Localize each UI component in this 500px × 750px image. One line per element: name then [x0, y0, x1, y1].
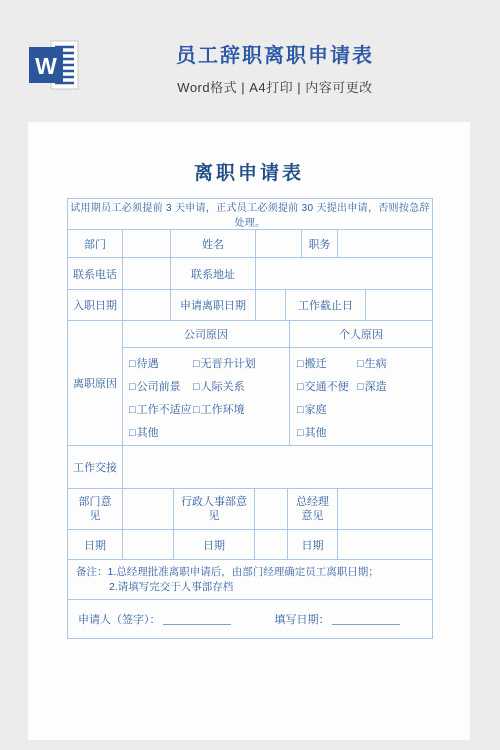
- position-input-cell[interactable]: [337, 230, 432, 257]
- reason-checkbox-label: 人际关系: [201, 381, 245, 393]
- reason-checkbox-item[interactable]: □公司前景: [129, 376, 193, 399]
- personal-reason-cell: □搬迁□交通不便□家庭□其他 □生病□深造: [289, 348, 432, 445]
- fill-date-line[interactable]: [332, 613, 400, 625]
- work-end-date-input-cell[interactable]: [365, 290, 432, 320]
- address-label: 联系地址: [170, 258, 255, 289]
- gm-opinion-input-cell[interactable]: [337, 489, 432, 529]
- word-logo-icon: W: [29, 38, 81, 92]
- reason-checkbox-label: 搬迁: [305, 358, 327, 370]
- handover-label: 工作交接: [68, 446, 122, 488]
- name-input-cell[interactable]: [255, 230, 301, 257]
- checkbox-icon: □: [129, 404, 136, 416]
- reason-checkbox-label: 其他: [305, 427, 327, 439]
- reason-label: 离职原因: [68, 321, 122, 445]
- position-label: 职务: [301, 230, 337, 257]
- reason-checkbox-item[interactable]: □待遇: [129, 353, 193, 376]
- gm-date-input-cell[interactable]: [337, 530, 432, 559]
- checkbox-icon: □: [357, 358, 364, 370]
- document-sheet: 离职申请表 试用期员工必须提前 3 天申请，正式员工必须提前 30 天提出申请，…: [28, 122, 470, 740]
- reason-checkbox-label: 家庭: [305, 404, 327, 416]
- work-end-date-label: 工作截止日: [285, 290, 365, 320]
- table-row: 入职日期 申请离职日期 工作截止日: [68, 289, 432, 320]
- checkbox-icon: □: [297, 381, 304, 393]
- remark-line2: 2.请填写完交于人事部存档: [76, 580, 424, 595]
- table-row: 工作交接: [68, 445, 432, 488]
- reason-checkbox-label: 工作环境: [201, 404, 245, 416]
- checkbox-icon: □: [129, 427, 136, 439]
- signature-row: 申请人（签字）： 填写日期：: [68, 599, 432, 638]
- checkbox-icon: □: [297, 358, 304, 370]
- checkbox-icon: □: [193, 358, 200, 370]
- form-title: 离职申请表: [28, 122, 470, 185]
- hr-opinion-label: 行政人事部意见: [173, 489, 254, 529]
- page-subtitle: Word格式 | A4打印 | 内容可更改: [80, 77, 470, 96]
- phone-input-cell[interactable]: [122, 258, 170, 289]
- reason-section: 离职原因 公司原因 个人原因 □待遇□公司前景□工作不适应□其他 □无晋升计划□…: [68, 320, 432, 445]
- address-input-cell[interactable]: [255, 258, 432, 289]
- page-title: 员工辞职离职申请表: [80, 44, 470, 68]
- hr-date-label: 日期: [173, 530, 254, 559]
- resign-apply-date-label: 申请离职日期: [170, 290, 255, 320]
- reason-checkbox-item[interactable]: □工作不适应: [129, 399, 193, 422]
- reason-checkbox-label: 深造: [365, 381, 387, 393]
- reason-checkbox-label: 工作不适应: [137, 404, 192, 416]
- phone-label: 联系电话: [68, 258, 122, 289]
- company-reason-cell: □待遇□公司前景□工作不适应□其他 □无晋升计划□人际关系□工作环境: [123, 348, 289, 445]
- reason-checkbox-item[interactable]: □工作环境: [193, 399, 256, 422]
- checkbox-icon: □: [357, 381, 364, 393]
- company-reason-col2: □无晋升计划□人际关系□工作环境: [193, 353, 256, 422]
- header: W 员工辞职离职申请表 Word格式 | A4打印 | 内容可更改: [0, 0, 500, 122]
- handover-input-cell[interactable]: [122, 446, 432, 488]
- reason-checkbox-label: 其他: [137, 427, 159, 439]
- resignation-form-table: 试用期员工必须提前 3 天申请，正式员工必须提前 30 天提出申请，否则按急辞处…: [67, 198, 433, 639]
- checkbox-icon: □: [129, 358, 136, 370]
- gm-date-label: 日期: [287, 530, 337, 559]
- hr-date-input-cell[interactable]: [254, 530, 287, 559]
- checkbox-icon: □: [297, 427, 304, 439]
- checkbox-icon: □: [297, 404, 304, 416]
- department-input-cell[interactable]: [122, 230, 170, 257]
- checkbox-icon: □: [129, 381, 136, 393]
- applicant-signature-line[interactable]: [163, 613, 231, 625]
- reason-checkbox-item[interactable]: □深造: [357, 376, 387, 399]
- dept-opinion-label: 部门意见: [68, 489, 122, 529]
- reason-checkbox-label: 待遇: [137, 358, 159, 370]
- notice-text: 试用期员工必须提前 3 天申请，正式员工必须提前 30 天提出申请，否则按急辞处…: [68, 199, 432, 229]
- join-date-label: 入职日期: [68, 290, 122, 320]
- dept-date-input-cell[interactable]: [122, 530, 173, 559]
- reason-checkbox-label: 公司前景: [137, 381, 181, 393]
- dept-opinion-input-cell[interactable]: [122, 489, 173, 529]
- personal-reason-col1: □搬迁□交通不便□家庭□其他: [297, 353, 357, 445]
- reason-checkbox-item[interactable]: □人际关系: [193, 376, 256, 399]
- dept-date-label: 日期: [68, 530, 122, 559]
- reason-checkbox-label: 生病: [365, 358, 387, 370]
- gm-opinion-label: 总经理意见: [287, 489, 337, 529]
- join-date-input-cell[interactable]: [122, 290, 170, 320]
- reason-checkbox-label: 交通不便: [305, 381, 349, 393]
- checkbox-icon: □: [193, 404, 200, 416]
- reason-checkbox-item[interactable]: □搬迁: [297, 353, 357, 376]
- reason-checkbox-item[interactable]: □交通不便: [297, 376, 357, 399]
- remark-row: 备注：1.总经理批准离职申请后，由部门经理确定员工离职日期； 2.请填写完交于人…: [68, 559, 432, 599]
- remark-line1: 备注：1.总经理批准离职申请后，由部门经理确定员工离职日期；: [76, 565, 424, 580]
- reason-checkbox-item[interactable]: □生病: [357, 353, 387, 376]
- applicant-signature-label: 申请人（签字）：: [78, 611, 161, 627]
- table-row: 部门意见 行政人事部意见 总经理意见: [68, 488, 432, 529]
- personal-reason-col2: □生病□深造: [357, 353, 387, 399]
- notice-row: 试用期员工必须提前 3 天申请，正式员工必须提前 30 天提出申请，否则按急辞处…: [68, 199, 432, 229]
- company-reason-header: 公司原因: [123, 321, 289, 347]
- reason-checkbox-item[interactable]: □其他: [129, 422, 193, 445]
- department-label: 部门: [68, 230, 122, 257]
- fill-date-label: 填写日期：: [275, 611, 330, 627]
- reason-checkbox-item[interactable]: □家庭: [297, 399, 357, 422]
- table-row: 联系电话 联系地址: [68, 257, 432, 289]
- table-row: 日期 日期 日期: [68, 529, 432, 559]
- reason-checkbox-item[interactable]: □其他: [297, 422, 357, 445]
- resign-apply-date-input-cell[interactable]: [255, 290, 285, 320]
- reason-checkbox-item[interactable]: □无晋升计划: [193, 353, 256, 376]
- checkbox-icon: □: [193, 381, 200, 393]
- personal-reason-header: 个人原因: [289, 321, 432, 347]
- name-label: 姓名: [170, 230, 255, 257]
- table-row: 部门 姓名 职务: [68, 229, 432, 257]
- company-reason-col1: □待遇□公司前景□工作不适应□其他: [129, 353, 193, 445]
- hr-opinion-input-cell[interactable]: [254, 489, 287, 529]
- word-logo-letter: W: [35, 53, 57, 79]
- reason-checkbox-label: 无晋升计划: [201, 358, 256, 370]
